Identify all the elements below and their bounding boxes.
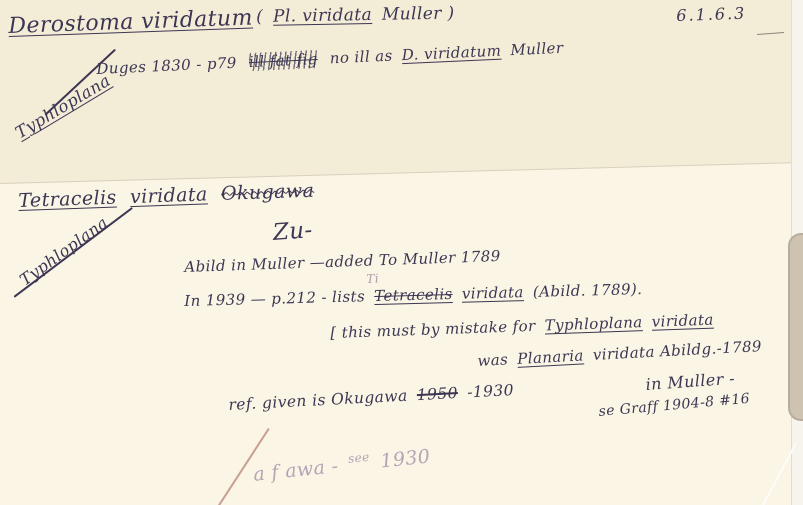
synonym-name: Pl. viridata [273,5,372,27]
index-number: 6.1.6.3 [676,4,747,25]
card2-species: viridata [130,183,208,208]
planaria-pre: was [477,350,509,370]
synonym-note: ( Pl. viridata Muller ) [256,4,455,27]
ref-given-year-struck: 1950 [416,384,458,404]
synonym-author: Muller ) [382,4,455,25]
faded-note-sup: see [347,450,370,466]
planaria-genus: Planaria [517,346,584,367]
ref-given-year: -1930 [467,381,515,401]
synonym-open-paren: ( [256,7,263,27]
card-tab-corner [788,233,803,421]
reference-author: Muller [510,39,564,59]
mistake-species: viridata [651,311,714,331]
line-1939-species: viridata [462,283,524,303]
scribbled-out-text: ill fat fig [249,50,319,71]
reference-note: no ill as [329,47,393,68]
line-1939-citation: (Abild. 1789). [533,280,643,301]
pencil-superscript-note: Ti [366,271,379,286]
mistake-genus: Typhloplana [544,313,642,334]
card2-genus: Tetracelis [18,187,117,212]
card2-author-crossed: Okugawa [221,180,315,205]
line-1939-genus-struck: Tetracelis [374,285,453,305]
monogram-mark: Zu- [272,217,313,246]
scanned-index-cards: { "palette": { "ink": "#3d3653", "pencil… [0,0,803,505]
